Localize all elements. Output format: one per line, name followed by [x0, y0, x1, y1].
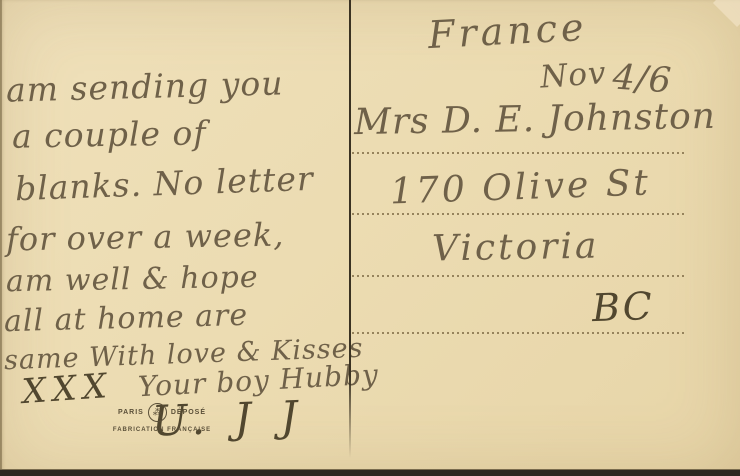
address-line-city: Victoria	[432, 229, 600, 268]
address-ruled-line	[352, 332, 685, 334]
message-line: am well & hope	[6, 263, 259, 297]
printer-mark-city: PARIS	[118, 409, 144, 416]
origin-country: France	[427, 8, 588, 54]
printer-mark-depose: DÉPOSÉ	[171, 409, 206, 416]
message-line: a couple of	[12, 116, 207, 152]
address-line-street: 170 Olive St	[389, 165, 651, 210]
address-ruled-line	[352, 213, 685, 215]
maker-monogram-icon: ⁂	[148, 403, 167, 422]
scan-bottom-edge	[0, 469, 740, 476]
postcard-back: am sending you a couple of blanks. No le…	[0, 0, 740, 476]
message-line: all at home are	[4, 301, 249, 337]
date-written: Nov4/6	[539, 50, 673, 94]
address-ruled-line	[352, 152, 685, 154]
printer-mark-fabrication: FABRICATION FRANÇAISE	[102, 427, 222, 433]
message-line: for over a week,	[6, 219, 285, 256]
address-ruled-line	[352, 275, 685, 277]
scan-corner-highlight	[713, 0, 740, 27]
address-line-province: BC	[591, 287, 654, 327]
address-line-name: Mrs D. E. Johnston	[354, 99, 716, 141]
divider-line	[349, 0, 351, 458]
printer-mark: PARIS ⁂ DÉPOSÉ FABRICATION FRANÇAISE	[102, 403, 222, 433]
date-day: 4/6	[612, 60, 674, 99]
message-line: am sending you	[6, 66, 284, 106]
date-month: Nov	[539, 55, 608, 96]
message-line: blanks. No letter	[15, 162, 315, 205]
kisses-marks: XXX	[21, 369, 114, 409]
scan-left-edge	[0, 0, 2, 476]
